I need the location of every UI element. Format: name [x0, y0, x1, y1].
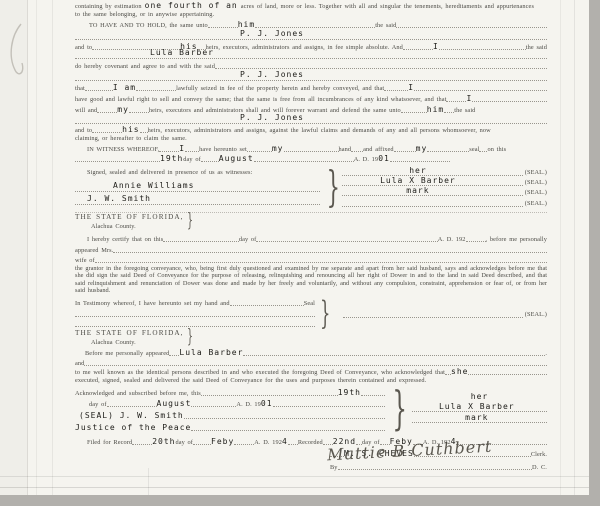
- witness-column: Signed, sealed and delivered in presence…: [75, 166, 320, 208]
- typed-grantee-name: P. J. Jones: [240, 71, 304, 79]
- printed-text: A. D. 192: [438, 236, 466, 243]
- printed-text: seal: [469, 146, 479, 153]
- printed-text: By: [330, 464, 338, 471]
- dotted-leader: [466, 241, 486, 242]
- signature-line: [342, 197, 523, 207]
- claims-line2: claiming, or hereafter to claim the same…: [75, 134, 547, 142]
- acknowledged-brace-wrap: }: [385, 386, 398, 432]
- typed-grantor-name: Lula Barber: [150, 49, 214, 57]
- testimony-left: In Testimony whereof, I have hereunto se…: [75, 297, 315, 329]
- dotted-leader: [472, 101, 547, 102]
- printed-text: the said: [454, 107, 475, 114]
- printed-text: executed, signed, sealed and delivered t…: [75, 377, 426, 384]
- seal-label: (SEAL.): [525, 200, 547, 207]
- witnesses-label-row: Signed, sealed and delivered in presence…: [75, 166, 320, 176]
- dotted-leader: [427, 151, 469, 152]
- printed-text: heirs, executors, administrators and ass…: [206, 44, 403, 51]
- printed-text: acres of land, more or less. Together wi…: [241, 3, 534, 10]
- witness1-line: Annie Williams: [75, 176, 320, 192]
- county-line: Alachua County.: [75, 337, 184, 346]
- printed-text: to me well known as the identical person…: [75, 369, 445, 376]
- typed-officer: (SEAL) J. W. Smith: [79, 412, 184, 420]
- seal-column: her (SEAL.) Lula X Barber (SEAL.) mark (…: [334, 166, 547, 208]
- printed-text: In Testimony whereof, I have hereunto se…: [75, 300, 230, 307]
- dotted-leader: [201, 161, 219, 162]
- printed-text: and affixed: [363, 146, 393, 153]
- testimony-right: (SEAL.): [327, 297, 547, 329]
- dotted-leader: [255, 27, 375, 28]
- typed-grantee-name: P. J. Jones: [240, 114, 304, 122]
- witness-brace-wrap: }: [320, 166, 334, 208]
- before-appeared-line: Before me personally appeared Lula Barbe…: [75, 346, 547, 357]
- signature-line: mark: [412, 413, 547, 423]
- printed-text: day of: [89, 401, 107, 408]
- dotted-leader: [351, 151, 363, 152]
- typed-her: her: [409, 167, 426, 175]
- dotted-leader: [191, 406, 236, 407]
- printed-text: have good and lawful right to sell and c…: [75, 96, 446, 103]
- state-line: THE STATE OF FLORIDA,: [75, 212, 184, 221]
- dotted-leader: [215, 68, 547, 69]
- dotted-leader: [273, 406, 385, 407]
- printed-text: I hereby certify that on this: [87, 236, 163, 243]
- dotted-leader: [163, 241, 239, 242]
- and-line: and: [75, 357, 547, 367]
- typed-month: August: [219, 155, 254, 163]
- acknowledged-left: Acknowledged and subscribed before me, t…: [75, 386, 385, 432]
- seal-label: (SEAL.): [525, 179, 547, 186]
- testimony-line: In Testimony whereof, I have hereunto se…: [75, 297, 315, 307]
- claims-line1: and to his heirs, executors, administrat…: [75, 124, 547, 134]
- fold-line-right-inner: [560, 0, 561, 495]
- dotted-leader: [201, 395, 338, 396]
- typed-year: 01: [261, 400, 273, 408]
- state-line: THE STATE OF FLORIDA,: [75, 328, 184, 337]
- printed-text: containing by estimation: [75, 3, 142, 10]
- typed-appeared-name: Lula Barber: [179, 349, 243, 357]
- brace-icon: }: [320, 299, 330, 328]
- printed-text: day of: [239, 236, 257, 243]
- signature-line: [343, 308, 523, 318]
- grantee-name-line: P. J. Jones: [75, 29, 547, 40]
- printed-text: Clerk.: [531, 451, 547, 458]
- seal-label: (SEAL.): [525, 189, 547, 196]
- dotted-leader: [256, 241, 437, 242]
- typed-my: my: [416, 145, 428, 153]
- dotted-leader: [136, 90, 176, 91]
- signature-line: Lula X Barber: [342, 176, 523, 186]
- dotted-leader: [113, 252, 547, 253]
- testimony-block: In Testimony whereof, I have hereunto se…: [75, 297, 547, 329]
- acknowledgment-section: THE STATE OF FLORIDA, Alachua County. } …: [75, 328, 547, 432]
- dower-paragraph: the grantor in the foregoing conveyance,…: [75, 265, 547, 294]
- typed-day: 19th: [338, 389, 361, 397]
- typed-she: she: [451, 368, 468, 376]
- printed-text: Acknowledged and subscribed before me, t…: [75, 390, 201, 397]
- seal-label: (SEAL.): [525, 169, 547, 176]
- dotted-leader: [384, 90, 408, 91]
- typed-witness2: J. W. Smith: [87, 195, 151, 203]
- printed-text: claiming, or hereafter to claim the same…: [75, 135, 187, 142]
- dotted-leader: [361, 395, 385, 396]
- executed-line: executed, signed, sealed and delivered t…: [75, 376, 547, 384]
- typed-my: my: [272, 145, 284, 153]
- dotted-leader: [396, 27, 547, 28]
- state-label: THE STATE OF FLORIDA,: [75, 329, 184, 337]
- acknowledged-line: Acknowledged and subscribed before me, t…: [75, 386, 385, 397]
- printed-text: heirs, executors, administrators and ass…: [148, 127, 491, 134]
- printed-text: TO HAVE AND TO HOLD, the same unto: [89, 22, 208, 29]
- brace-icon: }: [327, 168, 340, 206]
- dotted-leader: [247, 151, 272, 152]
- witness-whereof-line: IN WITNESS WHEREOF, I have hereunto set …: [75, 142, 547, 153]
- printed-text: A. D. 19: [236, 401, 261, 408]
- printed-text: IN WITNESS WHEREOF,: [87, 146, 159, 153]
- printed-text: lawfully seized in fee of the property h…: [176, 85, 384, 92]
- printed-text: A. D. 19: [354, 156, 379, 163]
- dotted-leader: [107, 406, 157, 407]
- dotted-leader: [85, 90, 113, 91]
- printed-text: Recorded: [298, 439, 323, 446]
- printed-text: Before me personally appeared: [85, 350, 169, 357]
- grantee-name-line: P. J. Jones: [75, 114, 547, 124]
- margin-pen-mark: [6, 22, 30, 82]
- seal-row-name: Lula X Barber (SEAL.): [342, 176, 547, 186]
- dotted-leader: [97, 112, 117, 113]
- dotted-leader: [140, 132, 148, 133]
- typed-day: 19th: [160, 155, 183, 163]
- printed-text: Seal: [304, 300, 315, 307]
- signature-line: her: [342, 166, 523, 176]
- printed-text: A. D. 192: [254, 439, 282, 446]
- known-line: to me well known as the identical person…: [75, 367, 547, 376]
- deed-body-section: containing by estimation one fourth of a…: [75, 2, 547, 214]
- deed-form: containing by estimation one fourth of a…: [75, 0, 547, 495]
- typed-mark: mark: [406, 187, 429, 195]
- dotted-leader: [479, 151, 487, 152]
- printed-text: the said: [526, 44, 547, 51]
- county-line: Alachua County.: [75, 221, 184, 230]
- dotted-leader: [234, 444, 254, 445]
- printed-text: the said: [375, 22, 396, 29]
- dotted-leader: [284, 151, 339, 152]
- state-header: THE STATE OF FLORIDA, Alachua County. }: [75, 212, 547, 230]
- dotted-leader: [401, 112, 427, 113]
- seal-row-mark: mark (SEAL.): [342, 186, 547, 196]
- good-right-line: have good and lawful right to sell and c…: [75, 92, 547, 103]
- dotted-leader: [230, 305, 304, 306]
- dotted-leader: [191, 430, 385, 431]
- dotted-leader: [403, 49, 433, 50]
- wife-of-line: wife of: [75, 254, 547, 264]
- printed-text: .: [545, 350, 547, 357]
- dotted-leader: [444, 112, 454, 113]
- printed-text: and to: [75, 127, 92, 134]
- warrant-line: will and my heirs, executors and adminis…: [75, 103, 547, 114]
- habendum-line: TO HAVE AND TO HOLD, the same unto him t…: [75, 18, 547, 29]
- typed-year: 01: [378, 155, 390, 163]
- grantor-name-line: Lula Barber: [75, 51, 547, 59]
- typed-officer-title: Justice of the Peace: [75, 424, 191, 432]
- typed-grantee-name: P. J. Jones: [240, 30, 304, 38]
- witness2-line: J. W. Smith: [75, 192, 320, 205]
- seal-row-blank: (SEAL.): [342, 196, 547, 207]
- dotted-leader: [95, 262, 547, 263]
- typed-him: him: [427, 106, 444, 114]
- dotted-leader: [414, 90, 547, 91]
- state-label: THE STATE OF FLORIDA,: [75, 213, 184, 221]
- dotted-leader: [184, 418, 385, 419]
- printed-text: have hereunto set: [199, 146, 247, 153]
- printed-text: and to: [75, 44, 92, 51]
- typed-filed-day: 20th: [152, 438, 175, 446]
- dotted-leader: [75, 161, 160, 162]
- typed-filed-month: Feby: [211, 438, 234, 446]
- notary-seal-row: (SEAL.): [343, 308, 547, 318]
- printed-text: day of: [183, 156, 201, 163]
- filing-section: Filed for Record 20th day of Feby A. D. …: [75, 435, 547, 471]
- typed-signature-name: Lula X Barber: [439, 403, 515, 411]
- dotted-leader: [169, 355, 179, 356]
- printed-text: that: [75, 85, 85, 92]
- seal-row-her: her (SEAL.): [342, 166, 547, 176]
- printed-text: hand: [339, 146, 352, 153]
- name-row: Lula X Barber: [412, 401, 547, 412]
- typed-him: him: [238, 21, 255, 29]
- dotted-leader: [92, 132, 122, 133]
- brace-icon: }: [392, 388, 407, 429]
- seal-label: (SEAL.): [525, 311, 547, 318]
- state-header: THE STATE OF FLORIDA, Alachua County. }: [75, 328, 547, 346]
- dotted-leader: [159, 151, 179, 152]
- printed-text: on this: [487, 146, 506, 153]
- typed-her: her: [471, 393, 488, 401]
- typed-acreage: one fourth of an: [145, 2, 238, 10]
- printed-text: Signed, sealed and delivered in presence…: [87, 169, 252, 176]
- mark-row: mark: [412, 412, 547, 423]
- rule-line-left: [52, 0, 53, 495]
- county-label: Alachua County.: [91, 339, 136, 346]
- printed-text: and: [75, 360, 84, 367]
- printed-text: to the same belonging, or in anywise app…: [75, 11, 214, 18]
- blank-line: [75, 307, 315, 317]
- granting-clause-line2: to the same belonging, or in anywise app…: [75, 10, 547, 18]
- acknowledged-block: Acknowledged and subscribed before me, t…: [75, 386, 547, 432]
- dower-section: THE STATE OF FLORIDA, Alachua County. } …: [75, 212, 547, 329]
- covenant-line: do hereby covenant and agree to and with…: [75, 59, 547, 70]
- fold-line-left: [36, 0, 37, 495]
- printed-text: will and: [75, 107, 97, 114]
- header-brace-wrap: }: [184, 328, 194, 346]
- officer-title-line: Justice of the Peace: [75, 420, 385, 432]
- heirs-line: and to his heirs, executors, administrat…: [75, 40, 547, 51]
- printed-text: appeared Mrs.: [75, 247, 113, 254]
- dotted-leader: [439, 49, 526, 50]
- dotted-leader: [390, 161, 450, 162]
- acknowledged-right: her Lula X Barber mark: [398, 386, 547, 432]
- witness-seal-block: Signed, sealed and delivered in presence…: [75, 166, 547, 208]
- seizin-line: that I am lawfully seized in fee of the …: [75, 81, 547, 92]
- her-row: her: [412, 390, 547, 401]
- dotted-leader: [394, 151, 416, 152]
- dotted-leader: [193, 444, 211, 445]
- typed-my: my: [117, 106, 129, 114]
- printed-text: day of: [175, 439, 193, 446]
- dotted-leader: [185, 151, 199, 152]
- dotted-leader: [132, 444, 152, 445]
- deputy-line: By D. C.: [75, 459, 547, 471]
- printed-text: do hereby covenant and agree to and with…: [75, 63, 215, 70]
- signature-line: Lula X Barber: [412, 402, 547, 412]
- blank-line: [75, 317, 315, 327]
- grantee-name-line: P. J. Jones: [75, 70, 547, 81]
- dotted-leader: [468, 374, 547, 375]
- dotted-leader: [243, 355, 545, 356]
- dotted-leader: [208, 27, 238, 28]
- granting-clause-line1: containing by estimation one fourth of a…: [75, 2, 547, 10]
- typed-his: his: [122, 126, 139, 134]
- printed-text: wife of: [75, 257, 95, 264]
- dotted-leader: [446, 101, 466, 102]
- brace-icon: }: [187, 212, 193, 229]
- dotted-leader: [129, 112, 149, 113]
- scanned-deed-page: containing by estimation one fourth of a…: [0, 0, 589, 495]
- officer-line: (SEAL) J. W. Smith: [75, 408, 385, 420]
- typed-mark: mark: [465, 414, 488, 422]
- fold-line-right-outer: [574, 0, 575, 495]
- typed-signature-name: Lula X Barber: [380, 177, 456, 185]
- printed-text: D. C.: [532, 464, 547, 471]
- ack-date-line: day of August A. D. 19 01: [75, 397, 385, 408]
- printed-text: Filed for Record: [87, 439, 132, 446]
- brace-icon: }: [187, 328, 193, 345]
- header-brace-wrap: }: [184, 212, 194, 230]
- typed-i-am: I am: [113, 84, 136, 92]
- signature-line: mark: [342, 186, 523, 196]
- printed-text: , before me personally: [486, 236, 548, 243]
- typed-witness1: Annie Williams: [113, 182, 194, 190]
- dotted-leader: [84, 365, 547, 366]
- county-label: Alachua County.: [91, 223, 136, 230]
- dotted-leader: [288, 444, 298, 445]
- typed-month: August: [157, 400, 192, 408]
- certify-line: I hereby certify that on this day of A. …: [75, 230, 547, 243]
- date-line: 19th day of August A. D. 19 01: [75, 153, 547, 163]
- dotted-leader: [338, 469, 532, 470]
- appeared-line: appeared Mrs.: [75, 243, 547, 254]
- testimony-brace-wrap: }: [315, 297, 327, 329]
